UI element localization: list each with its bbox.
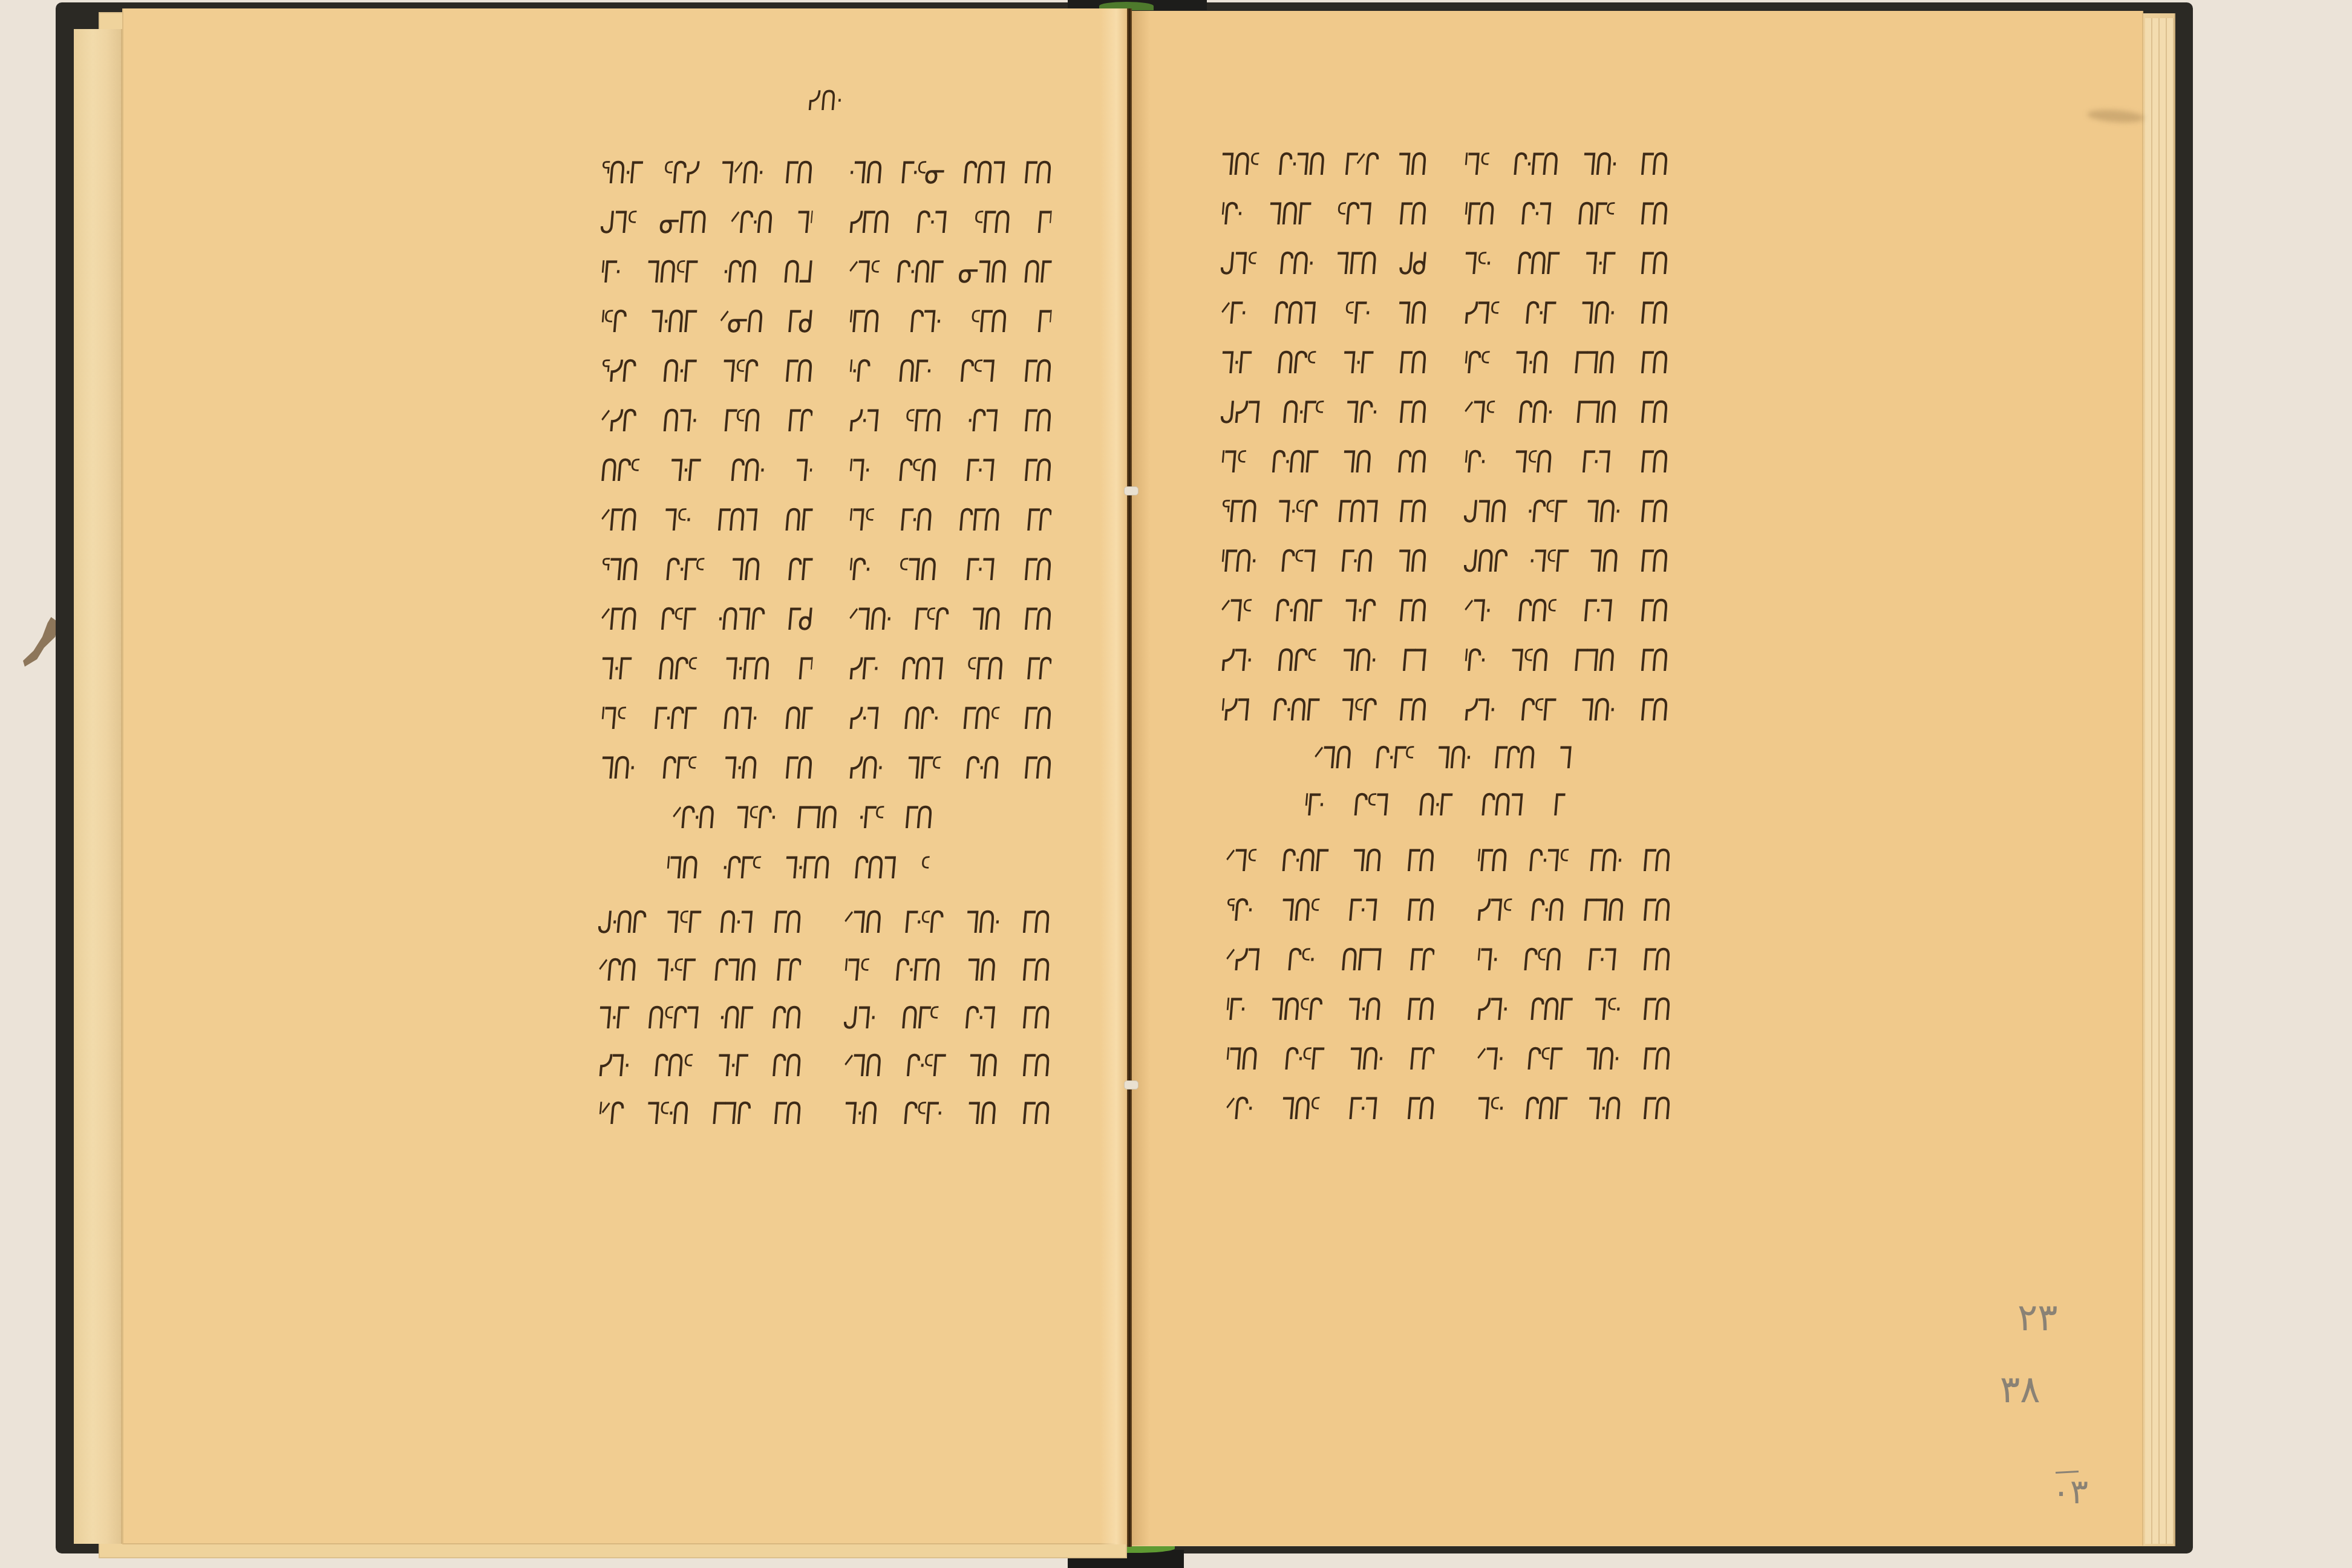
verse-row: ᓯᒣᐧ ᑎᒋᑦ ᒣᑎᐧ ᒥᒣᑊᒋᐧ ᒣᑦᑎ ᒥᒣᑎ ᒥᑎ [1220, 636, 1671, 686]
verse-row: ᑊᐟᒋ ᒣᑦᐧᑎ ᒥᒣᒋ ᒥᑎᒣᐧᑎ ᒋᑦᒥᐧ ᒣᑎ ᒥᑎ [598, 1091, 1051, 1138]
left-page-gutter-curve [1100, 8, 1128, 1544]
verse-row: ᐟᒋᑎ ᒣᐧᑦᒥ ᒋᒣᑎ ᒥᒋᑊᒣᑦ ᒋᐧᒥᑎ ᒣᑎ ᒥᑎ [598, 947, 1051, 995]
binding-stitch [1124, 1080, 1138, 1089]
verse-row: ᐟᒥᑎ ᒋᑦᒥ ᐧᑎᒣᒋ ᒥᑯᐟᒣᑎᐧ ᒥᑦᒋ ᒣᑎ ᒥᑎ [600, 595, 1054, 645]
section-heading-line: ᑊᒣᑎ ᐧᒋᒥᑦ ᒣᐧᒥᑎ ᒋᑎᒣ ᑦ [663, 838, 931, 899]
right-page-bottom-verse-block: ᐟᒣᑦ ᒋᐧᑎᒥ ᒣᑎ ᒥᑎᑊᒥᑎ ᒋᐧᒣᑦ ᒥᑎᐧ ᒥᑎ ᕐᒋᐧ ᒣᑎᑦ ᒥᐧ… [1225, 837, 1673, 1134]
verse-row: ᐟᒣᑦ ᒋᐧᑎᒥ ᒣᐧᒋ ᒥᑎᐟᒣᐧ ᒋᑎᑦ ᒥᐧᒣ ᒥᑎ [1220, 587, 1671, 636]
verse-row: ᑊᒣᑦ ᒋᐧᑎᒥ ᒣᑎ ᒋᑎᑊᒋᐧ ᒣᑦᑎ ᒥᐧᒣ ᒥᑎ [1220, 438, 1671, 488]
verse-row: ᑊᒥᐧ ᒣᑎᑦᒥ ᐧᒋᑎ ᑎᒧᐟᒣᑦ ᒋᐧᑎᒥ ᓂᒣᑎ ᑎᒥ [600, 248, 1054, 298]
open-book-photo: ᓯᑎᐧ ᕐᑎᐧᒥ ᑦᒋᓯ ᒣᐟᑎᐧ ᒥᑎᐧᒣᑎ ᒥᐧᑦᓂ ᒋᑎᒣ ᒥᑎ ᒍᒣᑦ … [0, 0, 2352, 1568]
verse-line: ᐟᒋᐧ ᒣᑎᑦ ᒥᐧᒣ ᒥᑎ [1223, 1079, 1437, 1141]
verse-row: ᑊᒥᐧ ᒣᑎᑦᒋ ᒣᐧᑎ ᒥᑎᓯᒣᐧ ᒋᑎᒥ ᒣᑦᐧ ᒥᑎ [1225, 985, 1673, 1035]
verse-row: ᐟᒥᐧ ᒋᑎᒣ ᑦᒥᐧ ᒣᑎᓯᒣᑦ ᒋᐧᒥ ᒣᑎᐧ ᒥᑎ [1220, 289, 1671, 339]
binding-stitch [1124, 486, 1138, 495]
verse-row: ᒍᐧᑎᒋ ᒣᑦᒥ ᑎᐧᒣ ᒥᑎᐟᒣᑎ ᒥᐧᑦᒋ ᒣᑎᐧ ᒥᑎ [598, 900, 1051, 947]
verse-row: ᒍᓯᒣ ᑎᐧᒥᑦ ᒣᒋᐧ ᒥᑎᐟᒣᑦ ᒋᑎᐧ ᒥᒣᑎ ᒥᑎ [1220, 388, 1671, 438]
verse-row: ᑊᒥᑎᐧ ᒋᑦᒣ ᒥᐧᑎ ᒣᑎᒍᑎᒋ ᐧᒣᑦᒥ ᒣᑎ ᒥᑎ [1220, 537, 1671, 587]
pencil-note: ۳۸ [2000, 1368, 2040, 1411]
right-page-top-verse-block: ᒣᑎᑦ ᒋᐧᒣᑎ ᒥᐟᒋ ᒣᑎᑊᒣᑦ ᒋᐧᒥᑎ ᒣᑎᐧ ᒥᑎ ᑊᒋᐧ ᒣᑎᒥ ᑦ… [1220, 140, 1671, 736]
verse-row: ᐟᒥᑎ ᒣᑦᐧ ᒥᑎᒣ ᑎᒥᑊᒣᑦ ᒥᐧᑎ ᒋᒥᑎ ᒥᒋ [600, 496, 1054, 546]
right-page-gutter-shadow [1132, 11, 1150, 1546]
verse-row: ᒣᐧᒥ ᑎᒋᑦ ᒣᐧᒥᑎ ᒥᑊᓯᒥᐧ ᒋᑎᒣ ᑦᒥᑎ ᒥᒋ [600, 645, 1054, 694]
spine-gutter [1127, 8, 1132, 1547]
verse-row: ᒣᐧᒥ ᑎᒋᑦ ᒣᐧᒥ ᒥᑎᑊᒋᑦ ᒣᐧᑎ ᒥᒣᑎ ᒥᑎ [1220, 339, 1671, 388]
verse-row: ᐟᒋᐧ ᒣᑎᑦ ᒥᐧᒣ ᒥᑎᒣᑦᐧ ᒋᑎᒥ ᒣᐧᑎ ᒥᑎ [1225, 1085, 1673, 1134]
pencil-note: ۰۳ [2052, 1471, 2088, 1514]
verse-line: ᒣᑦᐧ ᒋᑎᒥ ᒣᐧᑎ ᒥᑎ [1474, 1079, 1673, 1141]
left-page-bottom-verse-block: ᒍᐧᑎᒋ ᒣᑦᒥ ᑎᐧᒣ ᒥᑎᐟᒣᑎ ᒥᐧᑦᒋ ᒣᑎᐧ ᒥᑎ ᐟᒋᑎ ᒣᐧᑦᒥ … [598, 900, 1051, 1138]
verse-row: ᑊᑦᒋ ᒣᐧᑎᒥ ᐟᓂᑎ ᒥᑯᑊᒥᑎ ᒋᒣᐧ ᑦᒥᑎ ᒥᑊ [600, 298, 1054, 347]
verse-row: ᕐᒋᐧ ᒣᑎᑦ ᒥᐧᒣ ᒥᑎᓯᒣᑦ ᒋᐧᑎ ᒥᒣᑎ ᒥᑎ [1225, 886, 1673, 936]
verse-row: ᕐᑎᐧᒥ ᑦᒋᓯ ᒣᐟᑎᐧ ᒥᑎᐧᒣᑎ ᒥᐧᑦᓂ ᒋᑎᒣ ᒥᑎ [600, 149, 1054, 198]
right-page-fore-edge [2145, 18, 2174, 1544]
verse-row: ᕐᓯᒋ ᑎᐧᒥ ᒣᑦᒋ ᒥᑎᑊᐧᒋ ᑎᒥᐧ ᒋᑦᒣ ᒥᑎ [600, 347, 1054, 397]
verse-row: ᕐᒣᑎ ᒋᐧᒥᑦ ᒣᑎ ᒋᒥᑊᒋᐧ ᑦᒣᑎ ᒥᐧᒣ ᒥᑎ [600, 546, 1054, 595]
verse-row: ᑊᒣᑎ ᒋᐧᑦᒥ ᒣᑎᐧ ᒥᒋᐟᒣᐧ ᒋᑦᒥ ᒣᑎᐧ ᒥᑎ [1225, 1035, 1673, 1085]
page-marker: ᓯᑎᐧ [802, 79, 848, 125]
verse-row: ᒣᑎᑦ ᒋᐧᒣᑎ ᒥᐟᒋ ᒣᑎᑊᒣᑦ ᒋᐧᒥᑎ ᒣᑎᐧ ᒥᑎ [1220, 140, 1671, 190]
verse-row: ᑊᒋᐧ ᒣᑎᒥ ᑦᒋᒣ ᒥᑎᑊᒥᑎ ᒋᐧᒣ ᑎᒥᑦ ᒥᑎ [1220, 190, 1671, 240]
verse-row: ᑎᒋᑦ ᒣᐧᒥ ᒋᑎᐧ ᒣᐧᑊᒣᐧ ᒋᑦᑎ ᒥᐧᒣ ᒥᑎ [600, 446, 1054, 496]
left-page-fore-edge [74, 29, 122, 1544]
section-heading-line: ᑊᒥᐧ ᒋᑦᒣ ᑎᐧᒥ ᒋᑎᒣ ᒥ [1301, 776, 1567, 836]
verse-row: ᐟᓯᒣ ᒋᑦᐧ ᑎᒥᒣ ᒥᒋᑊᒣᐧ ᒋᑦᑎ ᒥᐧᒣ ᒥᑎ [1225, 936, 1673, 985]
torn-cover-fragment [23, 617, 58, 667]
pencil-note: ۲۳ [2017, 1296, 2058, 1339]
verse-row: ᒣᑎᐧ ᒋᒥᑦ ᒣᐧᑎ ᒥᑎᓯᑎᐧ ᒣᒥᑦ ᒋᐧᑎ ᒥᑎ [600, 744, 1054, 794]
verse-line: ᒣᐧᑎ ᒋᑦᒥᐧ ᒣᑎ ᒥᑎ [841, 1085, 1051, 1145]
verse-row: ᐟᒣᑦ ᒋᐧᑎᒥ ᒣᑎ ᒥᑎᑊᒥᑎ ᒋᐧᒣᑦ ᒥᑎᐧ ᒥᑎ [1225, 837, 1673, 886]
verse-row: ᐟᓯᒋ ᑎᒣᐧ ᒥᑦᑎ ᒥᒋᓯᐧᒣ ᑦᒥᑎ ᐧᒋᒣ ᒥᑎ [600, 397, 1054, 446]
verse-row: ᒣᐧᒥ ᑎᑦᒋᒣ ᐧᑎᒥ ᒋᑎᒍᒣᐧ ᑎᒥᑦ ᒋᐧᒣ ᒥᑎ [598, 995, 1051, 1043]
verse-row: ᒍᒣᑦ ᓂᒥᑎ ᐟᒋᐧᑎ ᒣᑊᓯᒥᑎ ᒋᐧᒣ ᑦᒥᑎ ᒥᑊ [600, 198, 1054, 248]
verse-row: ᒍᒣᑦ ᒋᑎᐧ ᒣᒥᑎ ᒍᑯᒣᑦᐧ ᒋᑎᒥ ᒣᐧᒥ ᒥᑎ [1220, 240, 1671, 289]
verse-line: ᑊᐟᒋ ᒣᑦᐧᑎ ᒥᒣᒋ ᒥᑎ [595, 1085, 803, 1145]
verse-row: ᑊᒣᑦ ᒥᐧᒋᒥ ᑎᒣᐧ ᑎᒥᓯᐧᒣ ᑎᒋᐧ ᒥᑎᑦ ᒥᑎ [600, 694, 1054, 744]
left-page-top-verse-block: ᕐᑎᐧᒥ ᑦᒋᓯ ᒣᐟᑎᐧ ᒥᑎᐧᒣᑎ ᒥᐧᑦᓂ ᒋᑎᒣ ᒥᑎ ᒍᒣᑦ ᓂᒥᑎ … [600, 149, 1054, 794]
verse-row: ᓯᒣᐧ ᒋᑎᑦ ᒣᐧᒥ ᒋᑎᐟᒣᑎ ᒋᐧᑦᒥ ᒣᑎ ᒥᑎ [598, 1043, 1051, 1091]
verse-row: ᕐᒥᑎ ᒣᐧᑦᒋ ᒥᑎᒣ ᒥᑎᒍᒣᑎ ᐧᒋᑦᒥ ᒣᑎᐧ ᒥᑎ [1220, 488, 1671, 537]
